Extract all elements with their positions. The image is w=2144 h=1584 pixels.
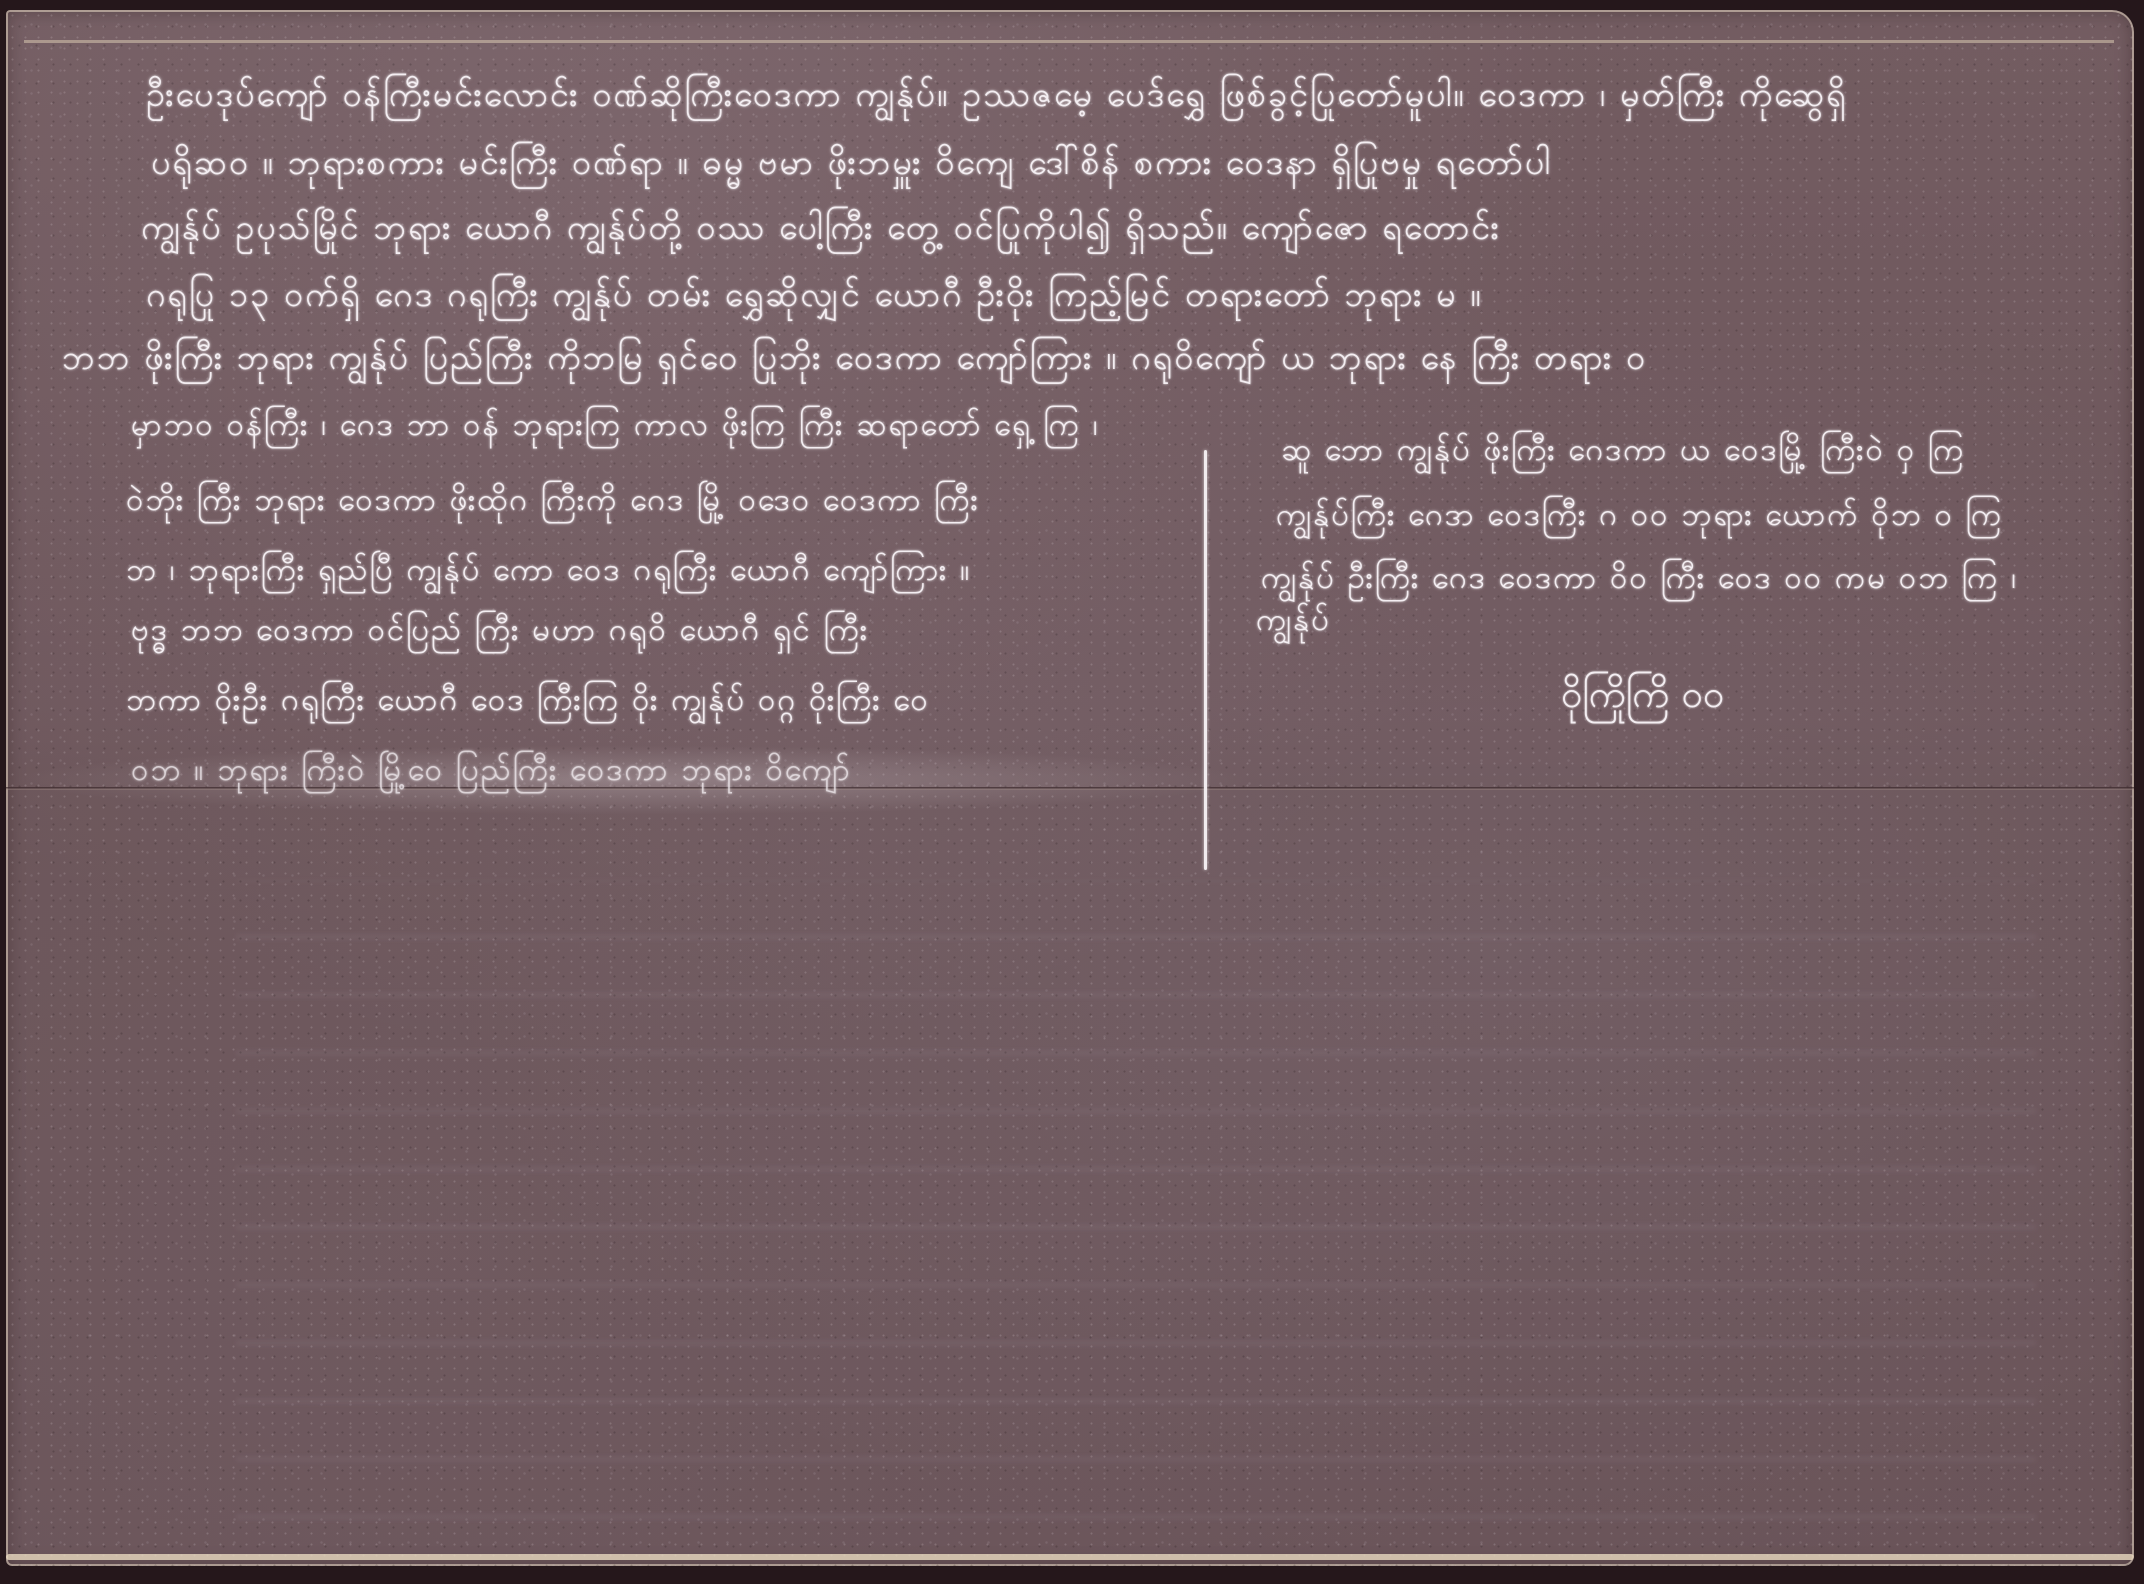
signature: ဝိုကြိုကြိ ဝဝ bbox=[1561, 670, 1724, 726]
manuscript-line-2: ပရိုဆဝ ။ ဘုရားစကား မင်းကြီး ဝဏ်ရာ ။ ဓမ္မ… bbox=[151, 140, 1552, 191]
manuscript-line-5: ဘဘ ဖိုးကြီး ဘုရား ကျွန်ုပ် ပြည်ကြီး ကိုဘ… bbox=[62, 335, 1647, 386]
manuscript-line-4: ဂရုပြု ၁၃ ဝက်ရှိ ဂေဒ ဂရုကြီး ကျွန်ုပ် တမ… bbox=[146, 272, 1483, 323]
photo-background: ဦးပေဒုပ်ကျော် ဝန်ကြီးမင်းလောင်း ဝဏ်ဆိုကြ… bbox=[0, 0, 2144, 1584]
right-block-line-2: ကျွန်ုပ်ကြီး ဂေဒာ ဝေဒကြီး ဂ ဝဝ ဘုရား ယော… bbox=[1276, 495, 2003, 541]
right-block-line-3: ကျွန်ုပ် ဦးကြီး ဂေဒ ဝေဒကာ ဝိဝ ကြီး ဝေဒ ဝ… bbox=[1261, 558, 2018, 604]
left-block-line-3: ဘ ၊ ဘုရားကြီး ရှည်ပြီ ကျွန်ုပ် ကော ဝေဒ ဂ… bbox=[126, 550, 972, 596]
left-block-line-6: ဝဘ ။ ဘုရား ကြီးဝဲ မြို့ဝေ ပြည်ကြီး ဝေဒကာ… bbox=[131, 750, 852, 796]
left-block-line-5: ဘကာ ဝိုးဦး ဂရုကြီး ယောဂီ ဝေဒ ကြီးကြ ဝိုး… bbox=[126, 680, 930, 726]
faint-erased-writing bbox=[236, 880, 2036, 1520]
sheet-bottom-edge bbox=[6, 1554, 2134, 1560]
left-block-line-1: မှာဘဝ ဝန်ကြီး ၊ ဂေဒ ဘာ ဝန် ဘုရားကြ ကာလ ဖ… bbox=[131, 405, 1100, 451]
left-block-line-2: ဝဲဘိုး ကြီး ဘုရား ဝေဒကာ ဖိုးထိုဂ ကြီးကို… bbox=[126, 480, 980, 526]
sheet-top-edge bbox=[24, 40, 2114, 43]
manuscript-sheet: ဦးပေဒုပ်ကျော် ဝန်ကြီးမင်းလောင်း ဝဏ်ဆိုကြ… bbox=[6, 10, 2134, 1566]
right-block-line-1: ဆူ ဘော ကျွန်ုပ် ဖိုးကြီး ဂေဒကာ ယ ဝေဒမြို… bbox=[1281, 430, 1966, 476]
left-block-line-4: ဗုဒ္ဓ ဘဘ ဝေဒကာ ဝင်ပြည် ကြီး မဟာ ဂရုဝိ ယေ… bbox=[131, 610, 869, 656]
column-divider-stroke bbox=[1204, 450, 1207, 870]
right-block-line-4: ကျွန်ုပ် bbox=[1256, 600, 1331, 646]
manuscript-line-3: ကျွန်ုပ် ဥပုသ်မြိုင် ဘုရား ယောဂီ ကျွန်ုပ… bbox=[141, 205, 1501, 256]
manuscript-line-1: ဦးပေဒုပ်ကျော် ဝန်ကြီးမင်းလောင်း ဝဏ်ဆိုကြ… bbox=[146, 72, 1848, 123]
